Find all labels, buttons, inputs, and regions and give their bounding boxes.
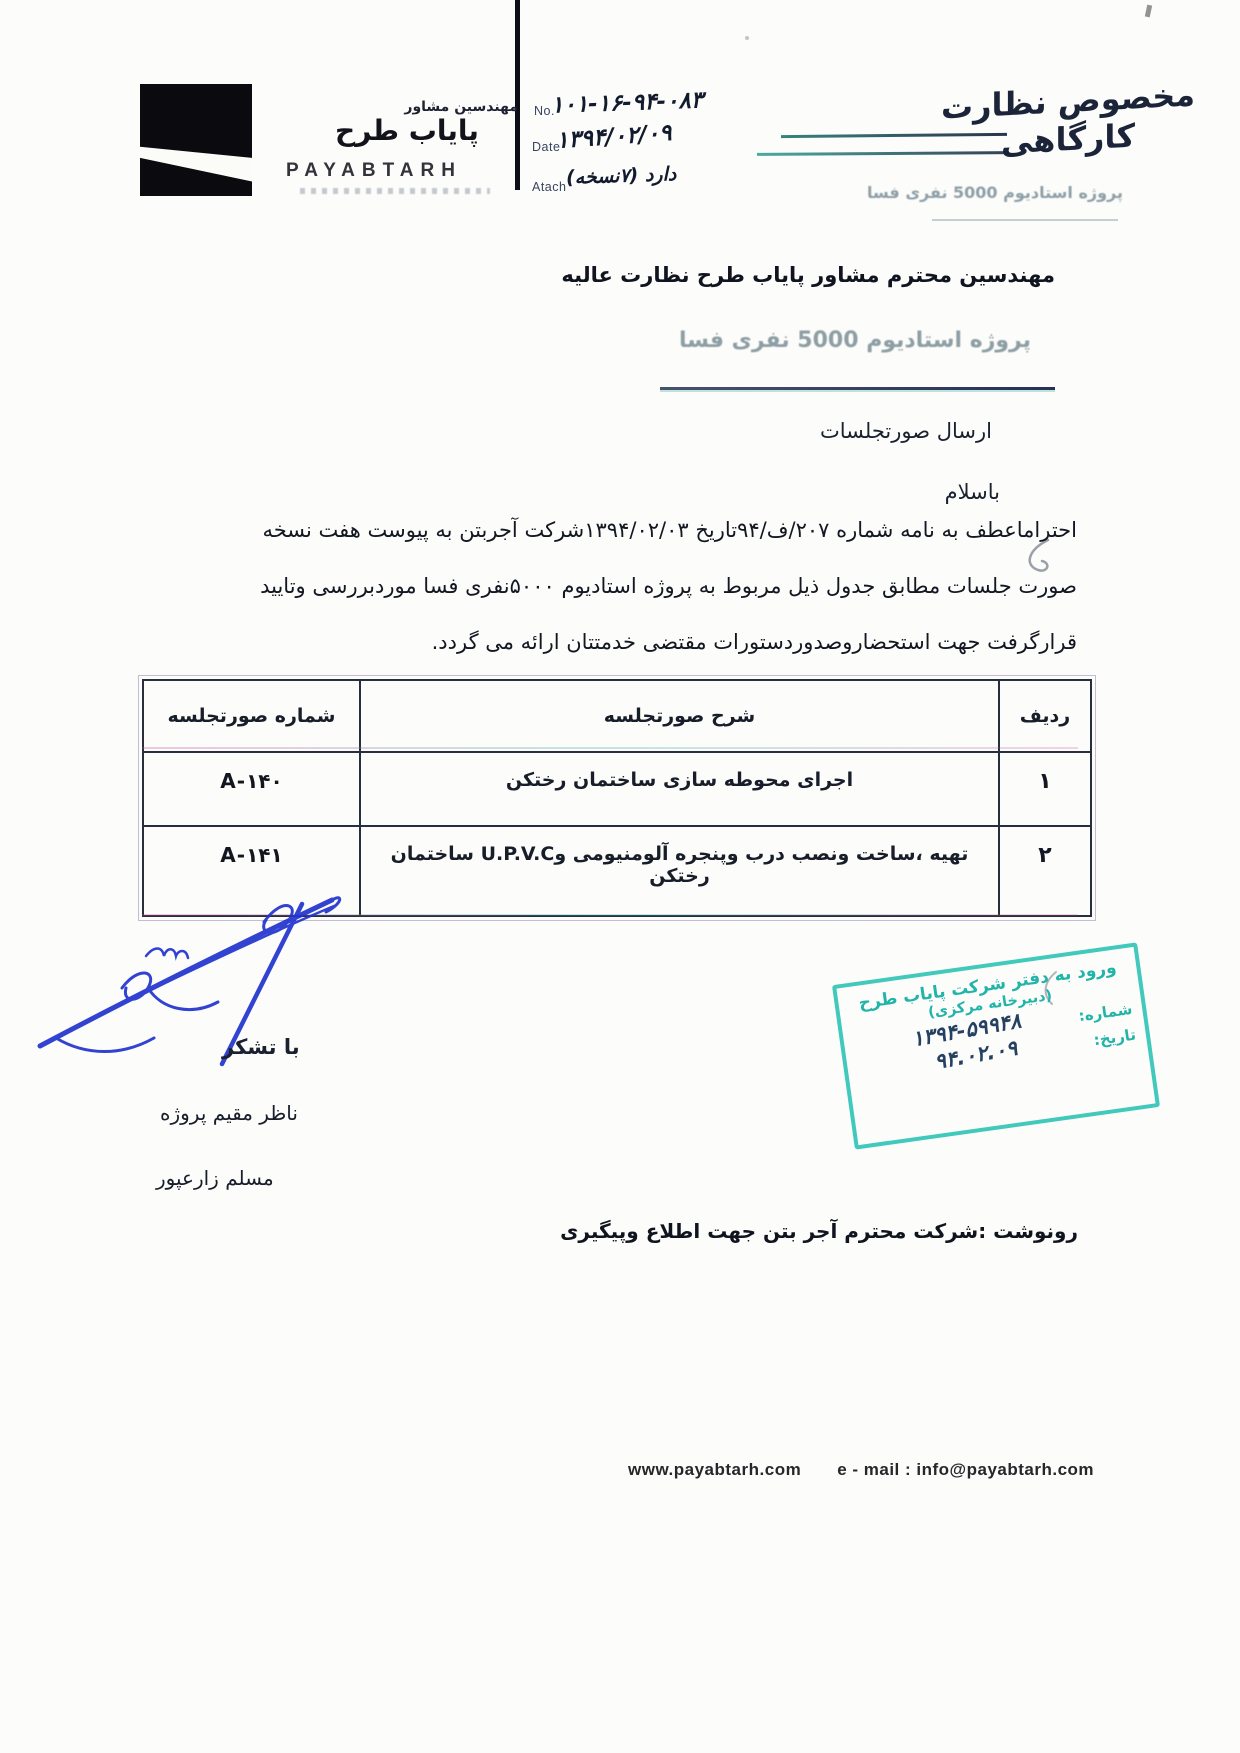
attachment-value-handwritten: دارد (۷نسخه) bbox=[566, 163, 677, 189]
company-logo bbox=[140, 84, 252, 196]
brand-consulting-engineers-label: مهندسین مشاور bbox=[398, 99, 518, 115]
description-cell: اجرای محوطه سازی ساختمان رختکن bbox=[360, 752, 999, 826]
logo-swoosh-stripe bbox=[140, 84, 252, 196]
scan-artifact-vertical-line bbox=[515, 0, 520, 190]
minutes-number-cell: A-۱۴۰ bbox=[143, 752, 360, 826]
project-title-faded: پروژه استادیوم 5000 نفری فسا bbox=[655, 328, 1055, 353]
column-header-description: شرح صورتجلسه bbox=[360, 680, 999, 752]
project-note-top-faded: پروژه استادیوم 5000 نفری فسا bbox=[925, 183, 1123, 202]
body-line-3: قرارگرفت جهت استحضاروصدوردستورات مقتضی خ… bbox=[160, 617, 1077, 673]
row-index-cell: ۱ bbox=[999, 752, 1091, 826]
signer-role: ناظر مقیم پروژه bbox=[160, 1101, 298, 1125]
body-line-1: احتراماعطف به نامه شماره ۲۰۷/ف/۹۴تاریخ ۱… bbox=[160, 505, 1077, 561]
column-header-row-number: ردیف bbox=[999, 680, 1091, 752]
footer-website: www.payabtarh.com bbox=[628, 1460, 801, 1480]
handwritten-signature bbox=[26, 860, 361, 1075]
table-header-row: ردیف شرح صورتجلسه شماره صورتجلسه bbox=[143, 680, 1091, 752]
addressee-line: مهندسین محترم مشاور پایاب طرح نظارت عالی… bbox=[561, 263, 1055, 287]
letter-date-handwritten: ۱۳۹۴/۰۲/۰۹ bbox=[555, 120, 672, 154]
salutation: باسلام bbox=[945, 480, 1000, 504]
brand-tagline-faded bbox=[300, 188, 490, 194]
footer-email: e - mail : info@payabtarh.com bbox=[837, 1460, 1094, 1480]
office-entry-stamp: ورود به دفتر شرکت پایاب طرح (دبیرخانه مر… bbox=[832, 942, 1160, 1149]
brand-name-farsi: پایاب طرح bbox=[328, 114, 486, 147]
letter-number-handwritten: ۱۰۱-۱۶-۹۴-۰۸۳ bbox=[551, 87, 704, 118]
brand-name-latin: PAYABTARH bbox=[260, 160, 488, 182]
column-header-minutes-number: شماره صورتجلسه bbox=[143, 680, 360, 752]
scan-color-fringe-line bbox=[142, 747, 1078, 749]
body-paragraph: احتراماعطف به نامه شماره ۲۰۷/ف/۹۴تاریخ ۱… bbox=[160, 505, 1077, 673]
description-cell: تهیه ،ساخت ونصب درب وپنجره آلومنیومی وU.… bbox=[360, 826, 999, 916]
project-note-top-underline bbox=[932, 219, 1118, 221]
body-line-2: صورت جلسات مطابق جدول ذیل مربوط به پروژه… bbox=[160, 561, 1077, 617]
subject-line: ارسال صورتجلسات bbox=[820, 419, 992, 443]
row-index-cell: ۲ bbox=[999, 826, 1091, 916]
scan-artifact-mark bbox=[1145, 5, 1152, 18]
closing-thanks: با تشکر bbox=[222, 1035, 300, 1059]
project-title-underline bbox=[660, 387, 1055, 390]
table-row: ۱ اجرای محوطه سازی ساختمان رختکن A-۱۴۰ bbox=[143, 752, 1091, 826]
field-label-attachment: Atach bbox=[532, 180, 566, 194]
cc-line: رونوشت :شرکت محترم آجر بتن جهت اطلاع وپی… bbox=[560, 1219, 1078, 1243]
stamp-date-label: تاریخ: bbox=[1093, 1026, 1137, 1050]
scanned-letter-page: مهندسین مشاور پایاب طرح PAYABTARH No. ۱۰… bbox=[0, 0, 1240, 1753]
scan-artifact-dot bbox=[745, 36, 749, 40]
footer-contact: www.payabtarh.com e - mail : info@payabt… bbox=[628, 1460, 1094, 1480]
signer-name: مسلم زارعپور bbox=[156, 1166, 274, 1190]
